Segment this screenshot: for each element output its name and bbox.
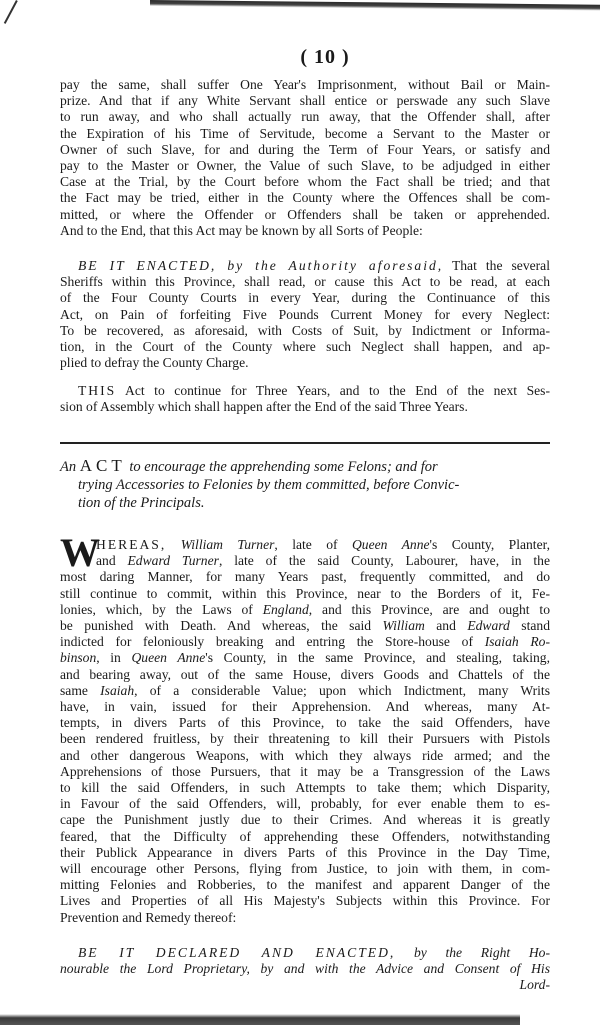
- paragraph-1: pay the same, shall suffer One Year's Im…: [60, 77, 550, 239]
- place-name: Queen Anne: [352, 537, 430, 552]
- person-name: William: [383, 618, 425, 633]
- page-number: ( 10 ): [60, 46, 590, 69]
- text-line: THIS Act to continue for Three Years, an…: [60, 383, 550, 399]
- text-run: , in: [96, 650, 131, 665]
- paragraph-5-declaration: BE IT DECLARED AND ENACTED, by the Right…: [60, 945, 550, 994]
- text-run: , late of the said County, Labourer, hav…: [219, 553, 550, 568]
- text-line: to run away, and who shall actually run …: [60, 109, 550, 125]
- enactment-lead: BE IT ENACTED, by the Authority aforesai…: [78, 258, 443, 273]
- catchword: Lord-: [60, 977, 550, 993]
- text-line: plied to defray the County Charge.: [60, 355, 550, 371]
- text-line: same Isaiah, of a considerable Value; up…: [60, 683, 550, 699]
- text-line: Case at the Trial, by the Court before w…: [60, 174, 550, 190]
- place-name: Queen Anne: [131, 650, 205, 665]
- text-run: lonies, which, by the Laws of: [60, 602, 263, 617]
- text-line: pay to the Master or Owner, the Value of…: [60, 158, 550, 174]
- place-name: England: [263, 602, 309, 617]
- text-line: the Fact may be tried, either in the Cou…: [60, 190, 550, 206]
- scan-corner-mark: [4, 0, 18, 24]
- scan-edge-top: [150, 0, 600, 11]
- text-run: 's County, Planter,: [430, 537, 550, 552]
- text-run: That the several: [443, 258, 550, 273]
- text-line: And to the End, that this Act may be kno…: [60, 223, 550, 239]
- text-line: An ACT to encourage the apprehending som…: [60, 457, 550, 476]
- text-run: to encourage the apprehending some Felon…: [126, 459, 438, 475]
- text-run: stand: [510, 618, 550, 633]
- text-line: indicted for feloniously breaking and en…: [60, 634, 550, 650]
- text-run: Act to continue for Three Years, and to …: [116, 383, 550, 398]
- text-line: tion, in the Court of the County where s…: [60, 339, 550, 355]
- person-name: Isaiah: [100, 683, 134, 698]
- text-line: tion of the Principals.: [60, 494, 550, 512]
- person-name: Edward: [467, 618, 510, 633]
- text-line: mitted, or where the Offender or Offende…: [60, 207, 550, 223]
- text-line: prize. And that if any White Servant sha…: [60, 93, 550, 109]
- text-line: sion of Assembly which shall happen afte…: [60, 399, 550, 415]
- text-line: To be recovered, as aforesaid, with Cost…: [60, 323, 550, 339]
- text-run: HEREAS,: [96, 537, 166, 552]
- text-line: be punished with Death. And whereas, the…: [60, 618, 550, 634]
- text-line: the Expiration of his Time of Servitude,…: [60, 126, 550, 142]
- person-name: binson: [60, 650, 96, 665]
- text-line: will encourage other Persons, flying fro…: [60, 861, 550, 877]
- paragraph-3-duration: THIS Act to continue for Three Years, an…: [60, 383, 550, 415]
- text-line: BE IT ENACTED, by the Authority aforesai…: [60, 258, 550, 274]
- text-run: THIS: [78, 383, 116, 398]
- text-line: have, in vain, issued for their Apprehen…: [60, 699, 550, 715]
- text-line: Lives and Properties of all His Majesty'…: [60, 893, 550, 909]
- text-line: of the Four County Courts in every Year,…: [60, 290, 550, 306]
- text-line: HEREAS, William Turner, late of Queen An…: [60, 537, 550, 553]
- text-run: , and this Province, are and ought to: [309, 602, 550, 617]
- text-run: by the Right Ho-: [395, 945, 550, 960]
- text-line: in Favour of the said Offenders, will, p…: [60, 796, 550, 812]
- paragraph-2-enactment: BE IT ENACTED, by the Authority aforesai…: [60, 258, 550, 371]
- text-line: Owner of such Slave, for and during the …: [60, 142, 550, 158]
- text-line: and Edward Turner, late of the said Coun…: [60, 553, 550, 569]
- paragraph-4-whereas: HEREAS, William Turner, late of Queen An…: [60, 537, 550, 926]
- text-line: still continue to commit, within this Pr…: [60, 586, 550, 602]
- text-run: and: [425, 618, 468, 633]
- text-run: , of a considerable Value; upon which In…: [134, 683, 550, 698]
- person-name: William Turner: [181, 537, 275, 552]
- text-line: most daring Manner, for many Years past,…: [60, 569, 550, 585]
- text-line: feared, that the Difficulty of apprehend…: [60, 829, 550, 845]
- scan-edge-bottom: [0, 1014, 520, 1025]
- text-run: be punished with Death. And whereas, the…: [60, 618, 383, 633]
- text-line: and other dangerous Weapons, with which …: [60, 748, 550, 764]
- text-line: their Publick Appearance in divers Parts…: [60, 845, 550, 861]
- text-run: same: [60, 683, 100, 698]
- text-line: binson, in Queen Anne's County, in the s…: [60, 650, 550, 666]
- text-line: BE IT DECLARED AND ENACTED, by the Right…: [60, 945, 550, 961]
- text-line: trying Accessories to Felonies by them c…: [60, 476, 550, 494]
- text-line: Sheriffs within this Province, shall rea…: [60, 274, 550, 290]
- person-name: Isaiah Ro-: [485, 634, 550, 649]
- section-divider: [60, 442, 550, 444]
- text-line: been rendered fruitless, by their threat…: [60, 731, 550, 747]
- enactment-lead: BE IT DECLARED AND ENACTED,: [78, 945, 395, 960]
- text-line: and bearing away, out of the same House,…: [60, 667, 550, 683]
- text-run: An: [60, 459, 76, 475]
- text-run: and: [96, 553, 128, 568]
- text-line: pay the same, shall suffer One Year's Im…: [60, 77, 550, 93]
- act-title: An ACT to encourage the apprehending som…: [60, 457, 550, 512]
- text-run: indicted for feloniously breaking and en…: [60, 634, 485, 649]
- text-line: to kill the said Offenders, in such Atte…: [60, 780, 550, 796]
- text-run: , late of: [274, 537, 352, 552]
- text-line: cape the Punishment justly due to their …: [60, 812, 550, 828]
- text-run: ACT: [80, 456, 126, 475]
- text-run: 's County, in the same Province, and ste…: [205, 650, 550, 665]
- text-line: Prevention and Remedy thereof:: [60, 910, 550, 926]
- text-line: mitting Felonies and Robberies, to the m…: [60, 877, 550, 893]
- text-line: lonies, which, by the Laws of England, a…: [60, 602, 550, 618]
- text-line: Act, on Pain of forfeiting Five Pounds C…: [60, 307, 550, 323]
- text-line: tempts, in divers Parts of this Province…: [60, 715, 550, 731]
- text-line: nourable the Lord Proprietary, by and wi…: [60, 961, 550, 977]
- text-line: Apprehensions of those Pursuers, that it…: [60, 764, 550, 780]
- person-name: Edward Turner: [128, 553, 219, 568]
